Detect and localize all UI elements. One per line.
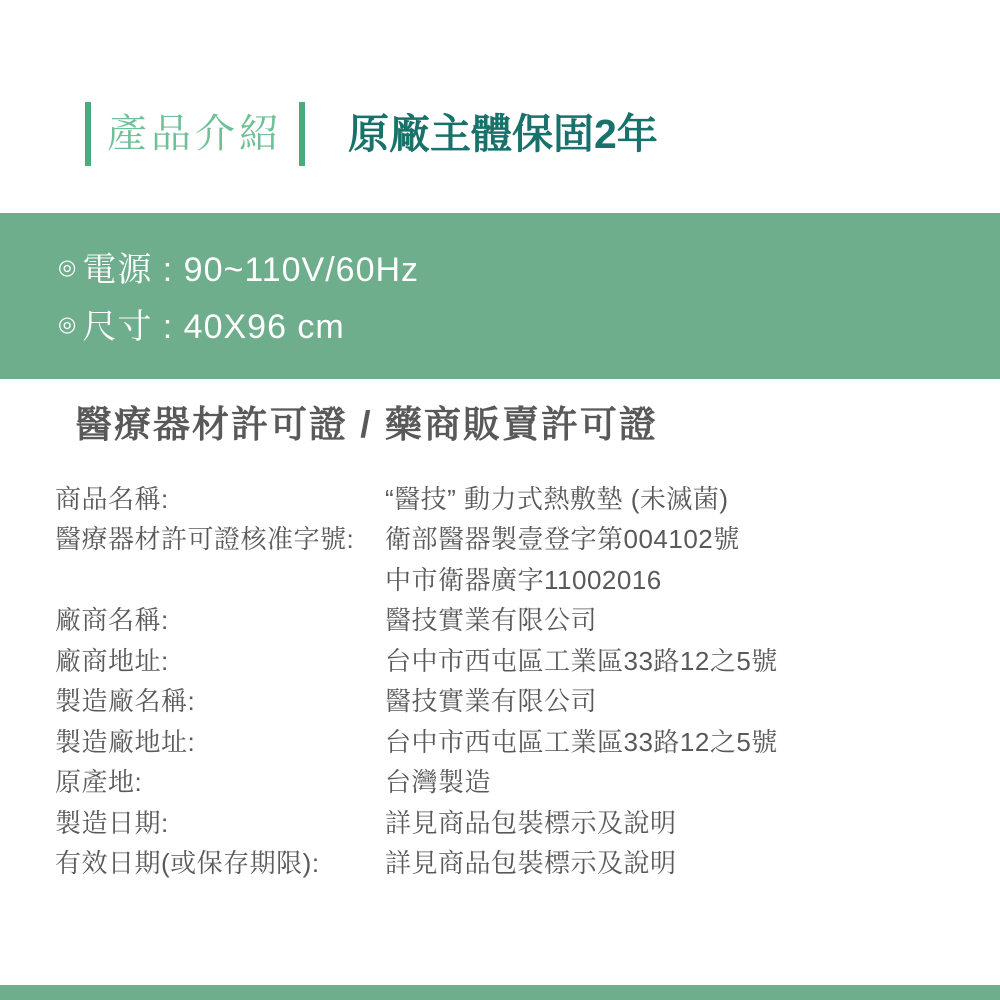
- section-title: 產品介紹: [91, 102, 299, 166]
- table-row: 製造廠地址: 台中市西屯區工業區33路12之5號: [55, 720, 955, 761]
- row-value: 醫技實業有限公司: [385, 600, 955, 637]
- row-value: 衛部醫器製壹登字第004102號: [385, 519, 955, 556]
- row-value: 詳見商品包裝標示及說明: [385, 843, 955, 880]
- row-value: 台灣製造: [385, 762, 955, 799]
- footer-bar: [0, 985, 1000, 1000]
- table-row: 有效日期(或保存期限): 詳見商品包裝標示及說明: [55, 842, 955, 883]
- row-label: 製造廠名稱:: [55, 681, 385, 718]
- row-label: 商品名稱:: [55, 479, 385, 516]
- title-right-bar-divider: [299, 102, 305, 166]
- table-row: 醫療器材許可證核准字號: 衛部醫器製壹登字第004102號: [55, 518, 955, 559]
- spec-banner: ◎電源 : 90~110V/60Hz ◎尺寸 : 40X96 cm: [0, 213, 1000, 379]
- table-row: 商品名稱: “醫技” 動力式熱敷墊 (未滅菌): [55, 477, 955, 518]
- row-label: 製造日期:: [55, 803, 385, 840]
- row-value: 中市衛器廣字11002016: [385, 560, 955, 597]
- row-label: 廠商地址:: [55, 641, 385, 678]
- row-label: 醫療器材許可證核准字號:: [55, 519, 385, 556]
- double-circle-bullet-icon: ◎: [58, 313, 77, 336]
- spec-line-size-text: 尺寸 : 40X96 cm: [82, 308, 344, 346]
- warranty-text: 原廠主體保固2年: [348, 102, 658, 166]
- row-value: 台中市西屯區工業區33路12之5號: [385, 722, 955, 759]
- row-value: “醫技” 動力式熱敷墊 (未滅菌): [385, 479, 955, 516]
- row-value: 醫技實業有限公司: [385, 681, 955, 718]
- row-label: 廠商名稱:: [55, 600, 385, 637]
- row-label: 製造廠地址:: [55, 722, 385, 759]
- table-row: 廠商名稱: 醫技實業有限公司: [55, 599, 955, 640]
- table-row: 製造日期: 詳見商品包裝標示及說明: [55, 801, 955, 842]
- spec-line-power-text: 電源 : 90~110V/60Hz: [82, 251, 419, 289]
- section-title-block: 產品介紹: [85, 102, 305, 166]
- row-value: 詳見商品包裝標示及說明: [385, 803, 955, 840]
- table-row: 中市衛器廣字11002016: [55, 558, 955, 599]
- spec-line-power: ◎電源 : 90~110V/60Hz: [58, 250, 1000, 292]
- table-row: 製造廠名稱: 醫技實業有限公司: [55, 680, 955, 721]
- license-section-heading: 醫療器材許可證 / 藥商販賣許可證: [75, 394, 658, 448]
- double-circle-bullet-icon: ◎: [58, 256, 77, 279]
- table-row: 廠商地址: 台中市西屯區工業區33路12之5號: [55, 639, 955, 680]
- license-table: 商品名稱: “醫技” 動力式熱敷墊 (未滅菌) 醫療器材許可證核准字號: 衛部醫…: [55, 477, 955, 882]
- row-label: 有效日期(或保存期限):: [55, 843, 385, 880]
- table-row: 原產地: 台灣製造: [55, 761, 955, 802]
- spec-line-size: ◎尺寸 : 40X96 cm: [58, 307, 1000, 349]
- product-info-page: 產品介紹 原廠主體保固2年 ◎電源 : 90~110V/60Hz ◎尺寸 : 4…: [0, 0, 1000, 1000]
- row-value: 台中市西屯區工業區33路12之5號: [385, 641, 955, 678]
- row-label: 原產地:: [55, 762, 385, 799]
